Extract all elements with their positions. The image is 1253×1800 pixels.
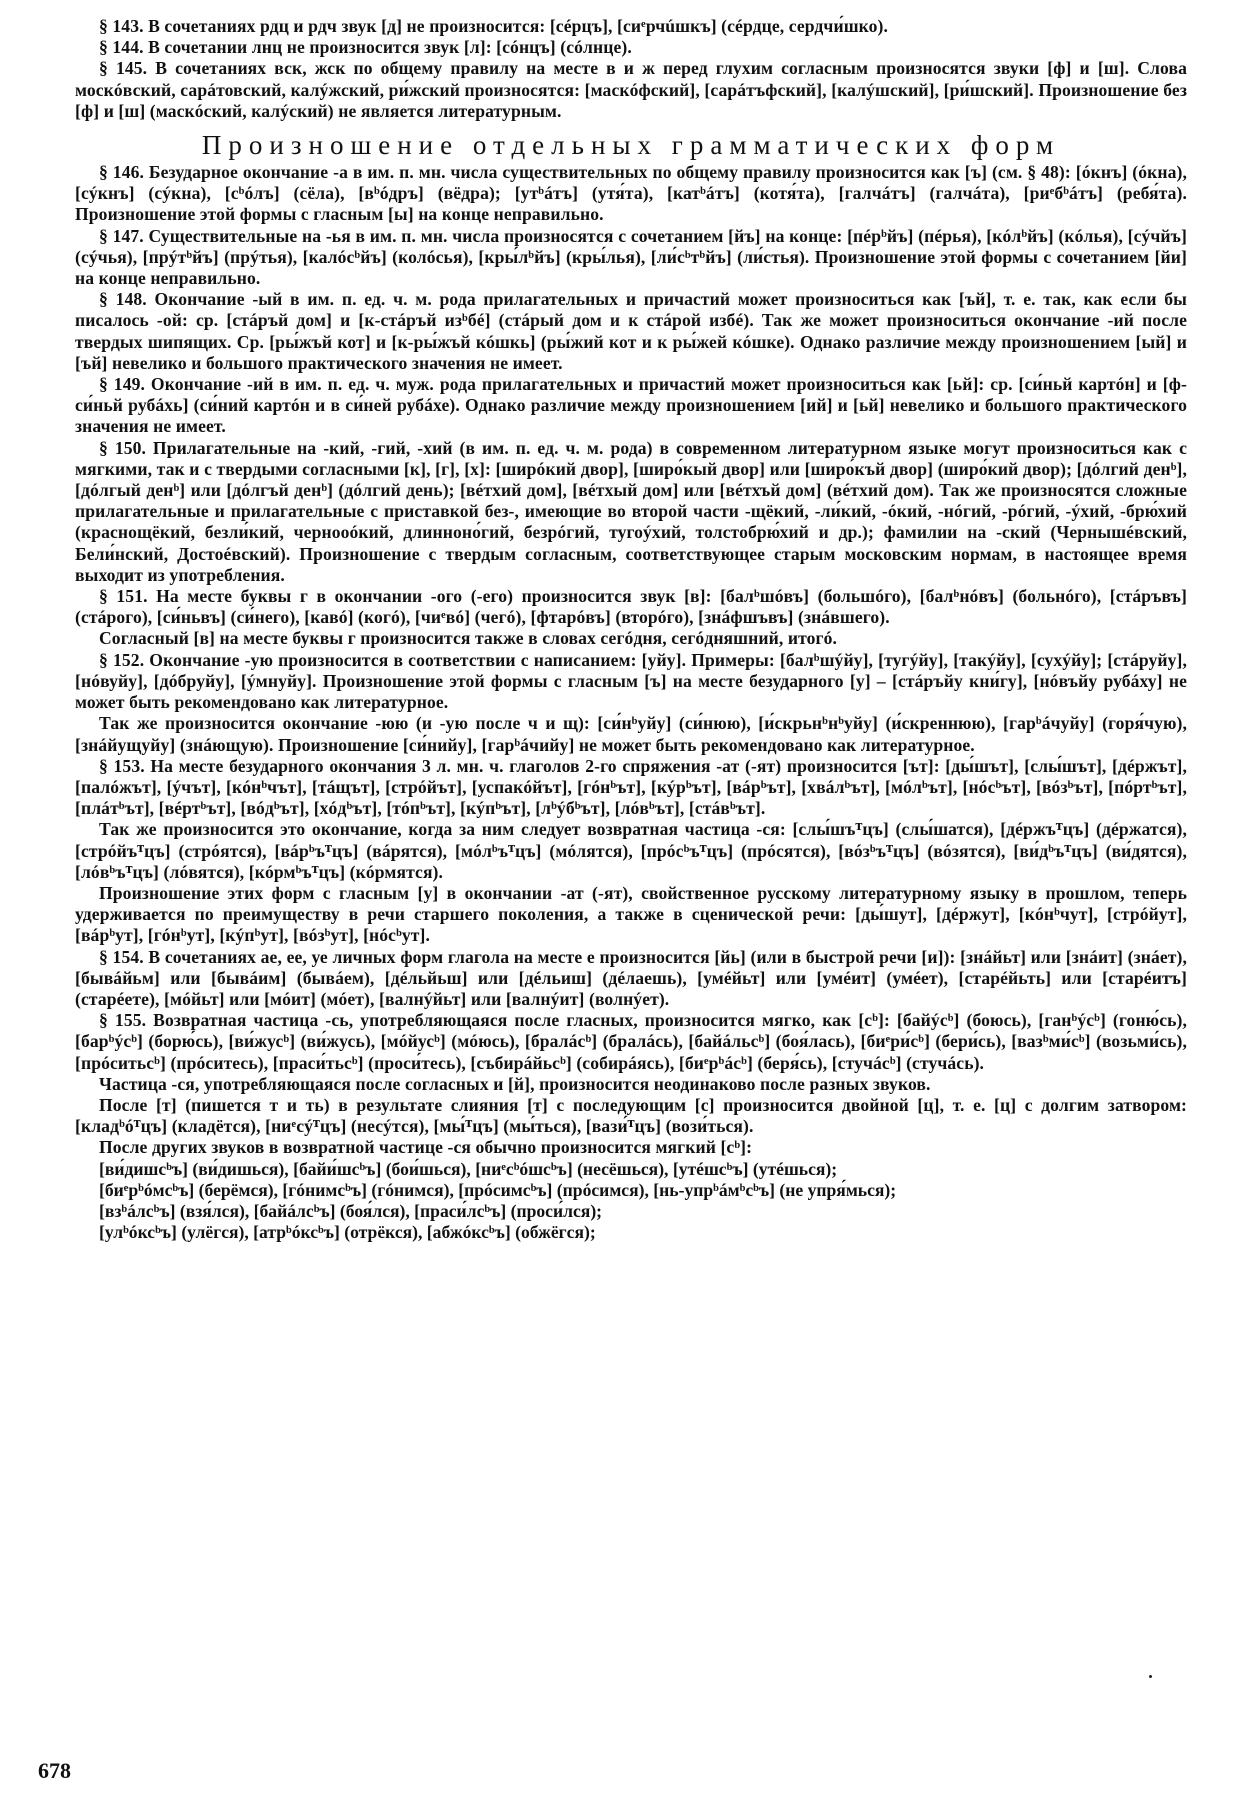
section-153-reflexive: Так же произносится это окончание, когда… [75, 819, 1187, 883]
section-155: § 155. Возвратная частица -сь, употребля… [75, 1010, 1187, 1074]
stray-mark [1149, 1675, 1152, 1678]
example-line: [ви́дишсᵇъ] (ви́дишься), [байи́шсᵇъ] (бо… [75, 1159, 1187, 1180]
section-151: § 151. На месте буквы г в окончании -ого… [75, 586, 1187, 628]
section-heading: Произношение отдельных грамматических фо… [75, 130, 1187, 160]
section-144: § 144. В сочетании лнц не произносится з… [75, 37, 1187, 58]
section-148: § 148. Окончание -ый в им. п. ед. ч. м. … [75, 289, 1187, 374]
examples-list: [ви́дишсᵇъ] (ви́дишься), [байи́шсᵇъ] (бо… [75, 1159, 1187, 1244]
section-145: § 145. В сочетаниях вск, жск по общему п… [75, 58, 1187, 122]
section-143: § 143. В сочетаниях рдц и рдч звук [д] н… [75, 16, 1187, 37]
section-149: § 149. Окончание -ий в им. п. ед. ч. муж… [75, 374, 1187, 438]
section-155-note-1: Частица -ся, употребляющаяся после согла… [75, 1074, 1187, 1095]
section-151-note: Согласный [в] на месте буквы г произноси… [75, 628, 1187, 649]
section-154: § 154. В сочетаниях ае, ее, уе личных фо… [75, 947, 1187, 1011]
section-155-note-2: После [т] (пишется т и ть) в результате … [75, 1095, 1187, 1137]
example-line: [улᵇóксᵇъ] (улёгся), [атрᵇóксᵇъ] (отрёкс… [75, 1222, 1187, 1243]
section-155-note-3: После других звуков в возвратной частице… [75, 1137, 1187, 1158]
page-number: 678 [38, 1758, 71, 1784]
section-153-note: Произношение этих форм с гласным [у] в о… [75, 883, 1187, 947]
example-line: [взᵇáлсᵇъ] (взя́лся), [байáлсᵇъ] (боя́лс… [75, 1201, 1187, 1222]
section-153: § 153. На месте безударного окончания 3 … [75, 756, 1187, 820]
section-147: § 147. Существительные на -ья в им. п. м… [75, 226, 1187, 290]
section-152: § 152. Окончание -ую произносится в соот… [75, 650, 1187, 714]
section-150: § 150. Прилагательные на -кий, -гий, -хи… [75, 438, 1187, 586]
example-line: [биᵉрᵇóмсᵇъ] (берёмся), [гóнимсᵇъ] (гóни… [75, 1180, 1187, 1201]
section-146: § 146. Безударное окончание -а в им. п. … [75, 162, 1187, 226]
document-page: § 143. В сочетаниях рдц и рдч звук [д] н… [75, 16, 1187, 1243]
section-152-note: Так же произносится окончание -юю (и -ую… [75, 713, 1187, 755]
